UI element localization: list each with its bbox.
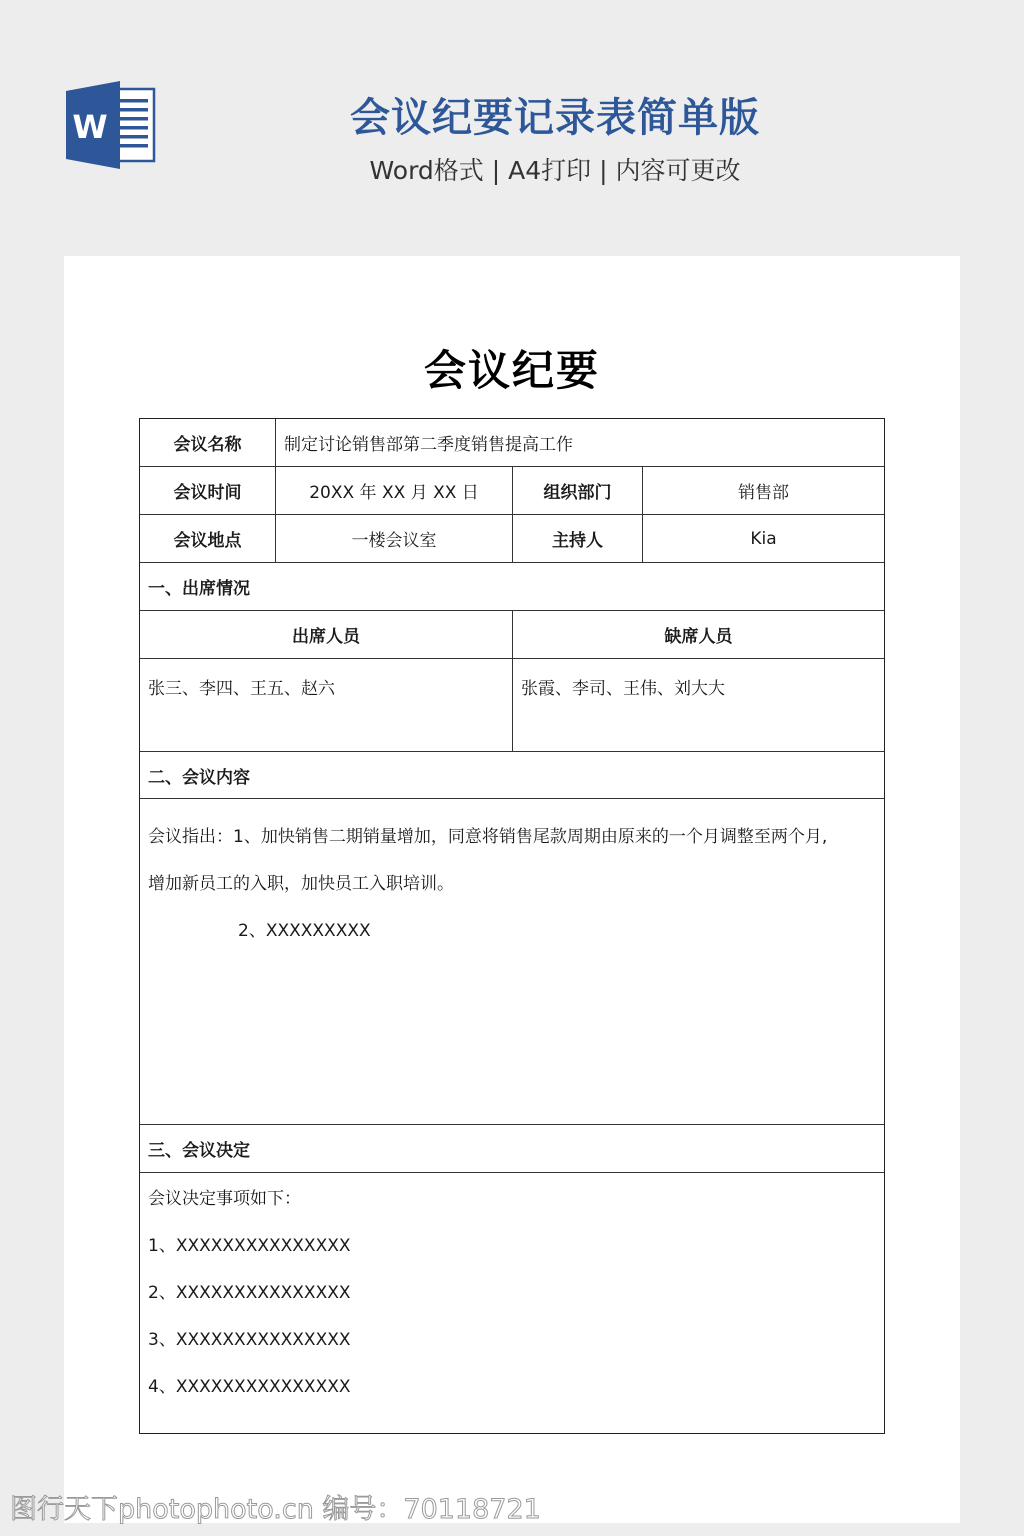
content-line: 增加新员工的入职，加快员工入职培训。 [148, 860, 876, 907]
label-meeting-location: 会议地点 [140, 515, 275, 562]
section-attendance-header: 一、出席情况 [140, 562, 884, 610]
header-subtitle: Word格式 | A4打印 | 内容可更改 [300, 154, 810, 188]
label-organizer-dept: 组织部门 [512, 467, 642, 514]
decision-item: 4、XXXXXXXXXXXXXXX [148, 1363, 876, 1410]
minutes-table: 会议名称 制定讨论销售部第二季度销售提高工作 会议时间 20XX 年 XX 月 … [139, 418, 885, 1434]
watermark: 图行天下photophoto.cn 编号：70118721 [10, 1493, 541, 1527]
decision-item: 2、XXXXXXXXXXXXXXX [148, 1269, 876, 1316]
content-row: 会议指出：1、加快销售二期销量增加，同意将销售尾款周期由原来的一个月调整至两个月… [140, 798, 884, 1124]
present-names[interactable]: 张三、李四、王五、赵六 [140, 659, 512, 751]
header: W 会议纪要记录表简单版 Word格式 | A4打印 | 内容可更改 [0, 0, 1024, 256]
label-meeting-time: 会议时间 [140, 467, 275, 514]
present-header: 出席人员 [140, 611, 512, 658]
decisions-row: 会议决定事项如下： 1、XXXXXXXXXXXXXXX 2、XXXXXXXXXX… [140, 1172, 884, 1433]
section-decisions-header: 三、会议决定 [140, 1124, 884, 1172]
section-title-decisions: 三、会议决定 [140, 1125, 884, 1172]
value-organizer-dept[interactable]: 销售部 [642, 467, 884, 514]
section-content-header: 二、会议内容 [140, 751, 884, 798]
svg-text:W: W [72, 108, 107, 146]
header-title: 会议纪要记录表简单版 [300, 92, 810, 144]
label-meeting-name: 会议名称 [140, 419, 275, 466]
value-meeting-time[interactable]: 20XX 年 XX 月 XX 日 [275, 467, 512, 514]
label-host: 主持人 [512, 515, 642, 562]
decisions-body[interactable]: 会议决定事项如下： 1、XXXXXXXXXXXXXXX 2、XXXXXXXXXX… [140, 1173, 884, 1433]
decisions-intro: 会议决定事项如下： [148, 1175, 876, 1222]
word-icon: W [66, 81, 156, 169]
table-row-meeting-name: 会议名称 制定讨论销售部第二季度销售提高工作 [140, 419, 884, 466]
value-meeting-location[interactable]: 一楼会议室 [275, 515, 512, 562]
decision-item: 1、XXXXXXXXXXXXXXX [148, 1222, 876, 1269]
absent-names[interactable]: 张霞、李司、王伟、刘大大 [512, 659, 884, 751]
content-line: 2、XXXXXXXXX [148, 907, 876, 954]
value-host[interactable]: Kia [642, 515, 884, 562]
decision-item: 3、XXXXXXXXXXXXXXX [148, 1316, 876, 1363]
absent-header: 缺席人员 [512, 611, 884, 658]
document-title: 会议纪要 [64, 344, 960, 398]
table-row-meeting-location: 会议地点 一楼会议室 主持人 Kia [140, 514, 884, 562]
value-meeting-name[interactable]: 制定讨论销售部第二季度销售提高工作 [275, 419, 884, 466]
content-line: 会议指出：1、加快销售二期销量增加，同意将销售尾款周期由原来的一个月调整至两个月… [148, 813, 876, 860]
section-title-attendance: 一、出席情况 [140, 563, 884, 610]
section-title-content: 二、会议内容 [140, 752, 884, 798]
attendance-names-row: 张三、李四、王五、赵六 张霞、李司、王伟、刘大大 [140, 658, 884, 751]
attendance-header-row: 出席人员 缺席人员 [140, 610, 884, 658]
document-page: 会议纪要 会议名称 制定讨论销售部第二季度销售提高工作 会议时间 20XX 年 … [64, 256, 960, 1523]
content-body[interactable]: 会议指出：1、加快销售二期销量增加，同意将销售尾款周期由原来的一个月调整至两个月… [140, 799, 884, 1124]
table-row-meeting-time: 会议时间 20XX 年 XX 月 XX 日 组织部门 销售部 [140, 466, 884, 514]
